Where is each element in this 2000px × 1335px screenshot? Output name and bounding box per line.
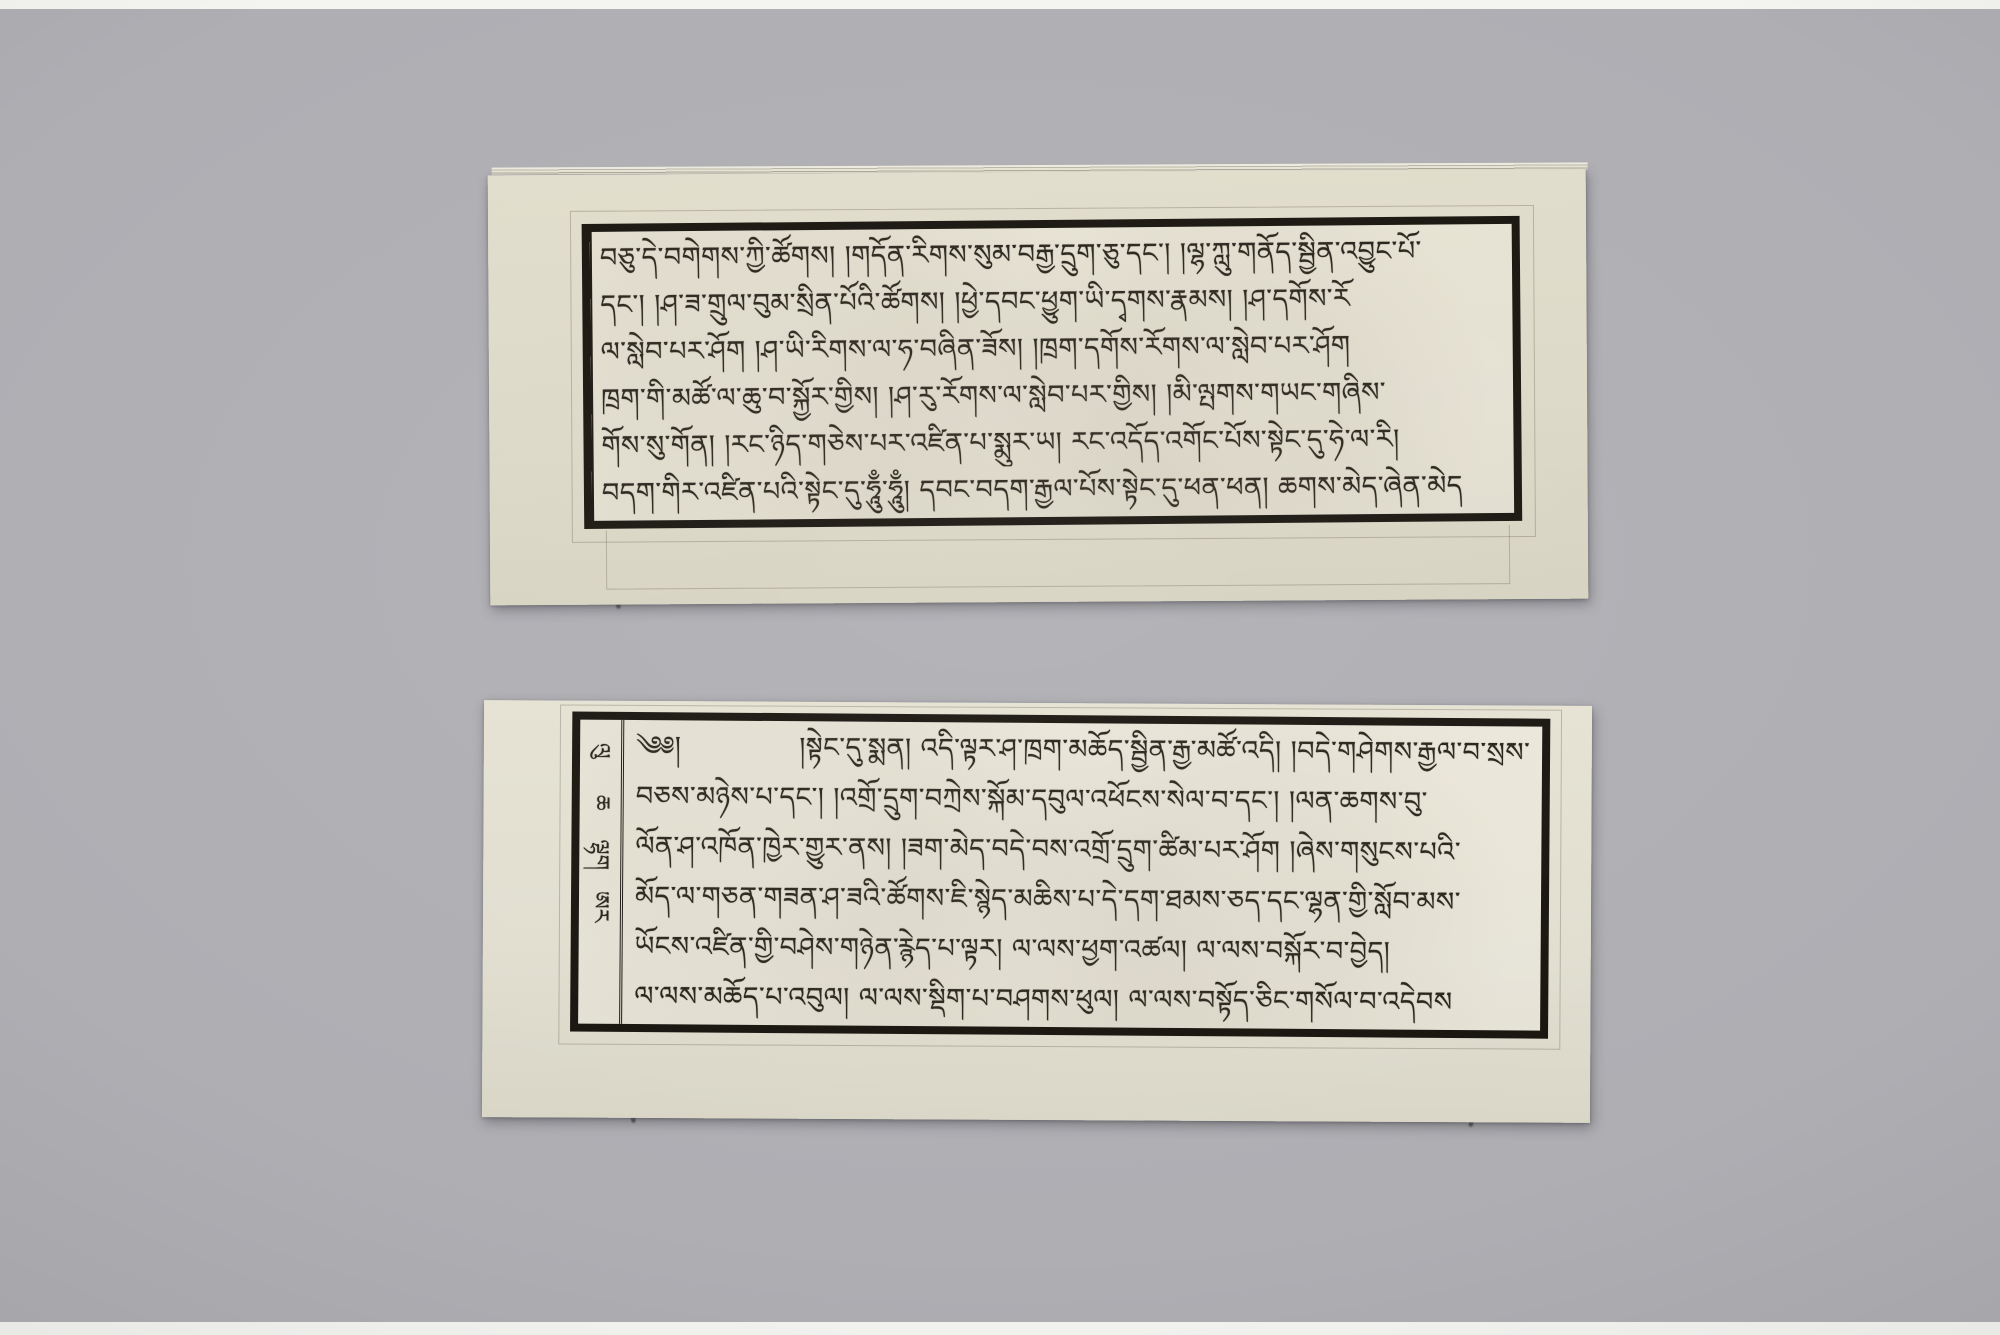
yig-mgo-head-mark: ༄༅། [636,731,681,762]
margin-syllable: ལྷག [587,839,613,870]
top-leaf-text-area: བཅུ་དེ་བགེགས་ཀྱི་ཚོགས། །གདོན་རིགས་སུམ་བར… [600,228,1504,517]
text-line: ལ་ལས་མཆོད་པ་འབུལ། ལ་ལས་སྡིག་པ་བཤགས་ཕུལ། … [634,974,1530,1027]
text-line: མོད་ལ་གཅན་གཟན་ཤ་ཟའི་ཚོགས་ཇི་སྙེད་མཆིས་པ་… [635,874,1531,927]
bottom-leaf-text-area: ༄༅།།སྟེང་དུ་སྨན། འདི་ལྟར་ཤ་ཁྲག་མཆོད་སྦྱི… [622,720,1542,1031]
text-line: བཅུ་དེ་བགེགས་ཀྱི་ཚོགས། །གདོན་རིགས་སུམ་བར… [600,228,1502,282]
text-line: བདག་གིར་འཛིན་པའི་སྟེང་དུ་ཧཱུྃ་ཧཱུྃ། དབང་… [602,463,1504,517]
left-margin-column: ལུ ཆ ལྷག ཨར [578,720,624,1024]
text-line-with-headmark: ༄༅།།སྟེང་དུ་སྨན། འདི་ལྟར་ཤ་ཁྲག་མཆོད་སྦྱི… [636,724,1532,777]
text-line: དང་། །ཤ་ཟ་གྲུལ་བུམ་སྲིན་པོའི་ཚོགས། །ཕྱེ་… [600,275,1502,329]
headmark-gap [681,755,799,756]
margin-syllable: ཨར [586,891,612,923]
text-line: ལ་སླེབ་པར་ཤོག །ཤ་ཡི་རིགས་ལ་ཧ་བཞིན་ཟོས། །… [601,322,1503,376]
photo-edge-strip-bottom [0,1322,2000,1335]
margin-syllable: ལུ [588,743,614,759]
bottom-manuscript-leaf: ལུ ཆ ལྷག ཨར ༄༅།།སྟེང་དུ་སྨན། འདི་ལྟར་ཤ་ཁ… [482,700,1592,1123]
top-manuscript-leaf: བཅུ་དེ་བགེགས་ཀྱི་ཚོགས། །གདོན་རིགས་སུམ་བར… [488,169,1589,606]
text-line: ལོན་ཤ་འཁོན་ཁྱེར་གྱུར་ནས། །ཟག་མེད་བདེ་བས་… [635,824,1531,877]
blind-impression-lower [606,525,1510,590]
text-line: གོས་སུ་གོན། །རང་ཉིད་གཅེས་པར་འཛིན་པ་སྨུར་… [601,416,1503,470]
photo-edge-strip-top [0,0,2000,9]
bottom-leaf-text-block: ལུ ཆ ལྷག ཨར ༄༅།།སྟེང་དུ་སྨན། འདི་ལྟར་ཤ་ཁ… [570,712,1550,1039]
text-line: བཅས་མཉེས་པ་དང་། །འགྲོ་དྲུག་བཀྲེས་སྐོམ་དབ… [636,774,1532,827]
text-line: ཁྲག་གི་མཚོ་ལ་ཆུ་བ་སྐྱོར་གྱིས། །ཤ་རུ་རོགས… [601,369,1503,423]
margin-syllable: ཆ [587,795,613,811]
text-line: ཡོངས་འཛིན་གྱི་བཤེས་གཉེན་རྙེད་པ་ལྟར། ལ་ལས… [634,924,1530,977]
text-line: །སྟེང་དུ་སྨན། འདི་ལྟར་ཤ་ཁྲག་མཆོད་སྦྱིན་ར… [799,732,1530,768]
top-leaf-text-block: བཅུ་དེ་བགེགས་ཀྱི་ཚོགས། །གདོན་རིགས་སུམ་བར… [582,216,1523,529]
